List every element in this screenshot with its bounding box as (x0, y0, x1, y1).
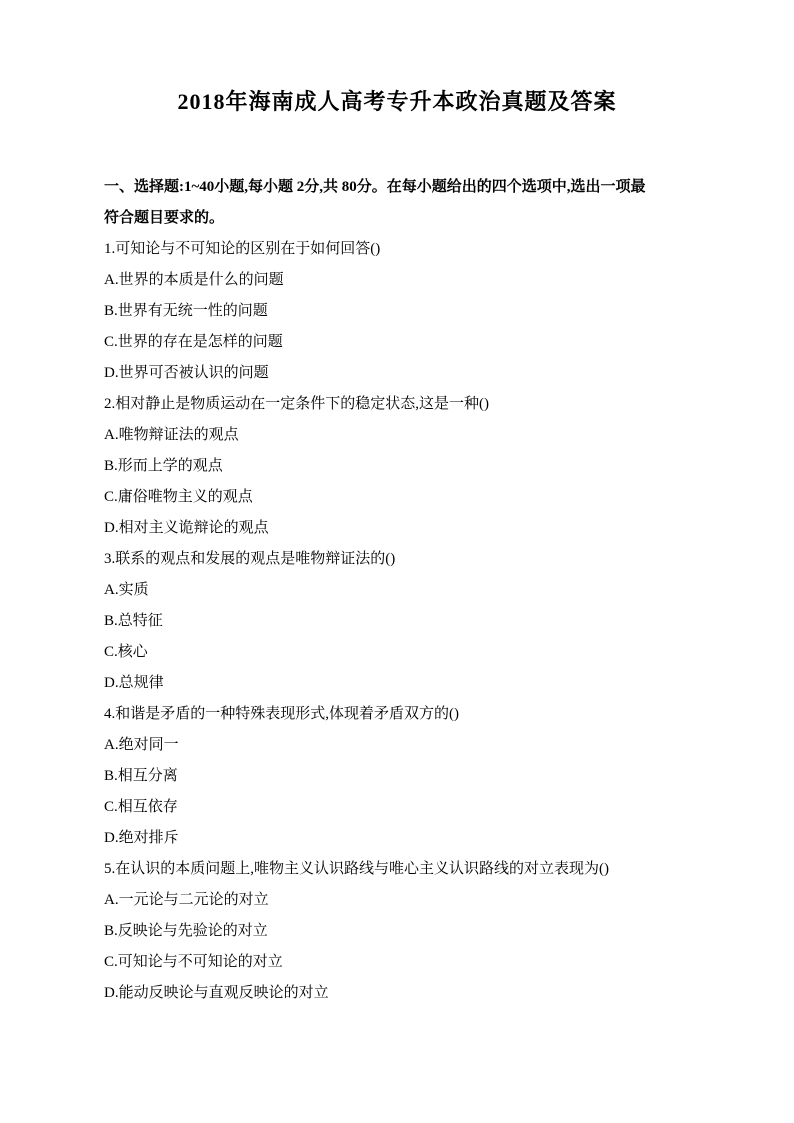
page-title: 2018年海南成人高考专升本政治真题及答案 (0, 0, 794, 116)
section-intro: 一、选择题:1~40小题,每小题 2分,共 80分。在每小题给出的四个选项中,选… (104, 172, 688, 234)
question-4-option-a: A.绝对同一 (104, 730, 688, 761)
question-1-option-c: C.世界的存在是怎样的问题 (104, 327, 688, 358)
question-3-option-d: D.总规律 (104, 668, 688, 699)
question-3-option-b: B.总特征 (104, 606, 688, 637)
question-3-text: 3.联系的观点和发展的观点是唯物辩证法的() (104, 544, 688, 575)
question-2: 2.相对静止是物质运动在一定条件下的稳定状态,这是一种() A.唯物辩证法的观点… (104, 389, 688, 544)
question-1-text: 1.可知论与不可知论的区别在于如何回答() (104, 234, 688, 265)
document-body: 一、选择题:1~40小题,每小题 2分,共 80分。在每小题给出的四个选项中,选… (0, 172, 794, 1009)
question-2-option-d: D.相对主义诡辩论的观点 (104, 513, 688, 544)
question-3-option-c: C.核心 (104, 637, 688, 668)
section-intro-line-2: 符合题目要求的。 (104, 203, 688, 234)
question-5-option-d: D.能动反映论与直观反映论的对立 (104, 978, 688, 1009)
question-4-option-c: C.相互依存 (104, 792, 688, 823)
question-4: 4.和谐是矛盾的一种特殊表现形式,体现着矛盾双方的() A.绝对同一 B.相互分… (104, 699, 688, 854)
section-intro-line-1: 一、选择题:1~40小题,每小题 2分,共 80分。在每小题给出的四个选项中,选… (104, 172, 688, 203)
question-2-option-a: A.唯物辩证法的观点 (104, 420, 688, 451)
question-4-text: 4.和谐是矛盾的一种特殊表现形式,体现着矛盾双方的() (104, 699, 688, 730)
document-page: 2018年海南成人高考专升本政治真题及答案 一、选择题:1~40小题,每小题 2… (0, 0, 794, 1123)
question-3-option-a: A.实质 (104, 575, 688, 606)
question-2-option-b: B.形而上学的观点 (104, 451, 688, 482)
question-3: 3.联系的观点和发展的观点是唯物辩证法的() A.实质 B.总特征 C.核心 D… (104, 544, 688, 699)
question-1: 1.可知论与不可知论的区别在于如何回答() A.世界的本质是什么的问题 B.世界… (104, 234, 688, 389)
question-2-option-c: C.庸俗唯物主义的观点 (104, 482, 688, 513)
question-1-option-d: D.世界可否被认识的问题 (104, 358, 688, 389)
question-5-text: 5.在认识的本质问题上,唯物主义认识路线与唯心主义认识路线的对立表现为() (104, 854, 688, 885)
question-4-option-d: D.绝对排斥 (104, 823, 688, 854)
question-1-option-b: B.世界有无统一性的问题 (104, 296, 688, 327)
question-5-option-c: C.可知论与不可知论的对立 (104, 947, 688, 978)
question-5-option-a: A.一元论与二元论的对立 (104, 885, 688, 916)
question-5: 5.在认识的本质问题上,唯物主义认识路线与唯心主义认识路线的对立表现为() A.… (104, 854, 688, 1009)
question-5-option-b: B.反映论与先验论的对立 (104, 916, 688, 947)
question-1-option-a: A.世界的本质是什么的问题 (104, 265, 688, 296)
question-2-text: 2.相对静止是物质运动在一定条件下的稳定状态,这是一种() (104, 389, 688, 420)
question-4-option-b: B.相互分离 (104, 761, 688, 792)
